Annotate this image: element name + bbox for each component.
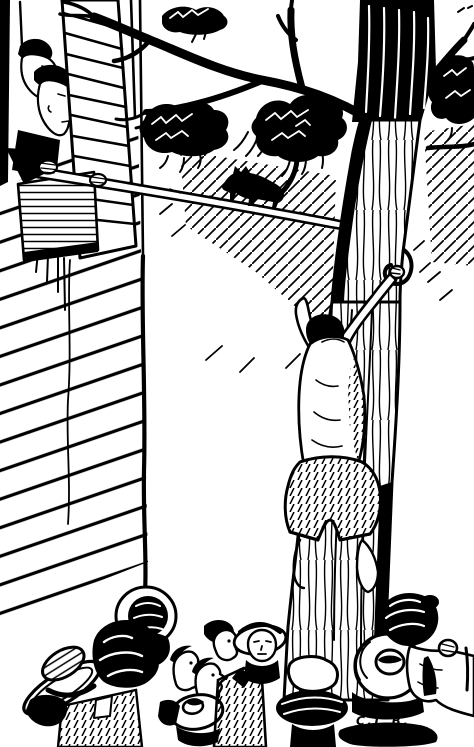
- illustration: C.L.B.: [0, 0, 474, 747]
- illustration-page: C.L.B.: [0, 0, 474, 747]
- face3-eye: [227, 639, 230, 642]
- face1-eye: [189, 661, 192, 664]
- edge-mark: [466, 648, 468, 690]
- girl-fist: [439, 640, 457, 656]
- center-boater-crown: [288, 657, 337, 692]
- artist-signature: C.L.B.: [356, 714, 410, 728]
- crowd-dark-figure: [92, 620, 158, 688]
- left-figure-collar: [94, 696, 112, 718]
- helper-hand-2: [90, 174, 106, 186]
- girl-hair-bun: [421, 595, 439, 609]
